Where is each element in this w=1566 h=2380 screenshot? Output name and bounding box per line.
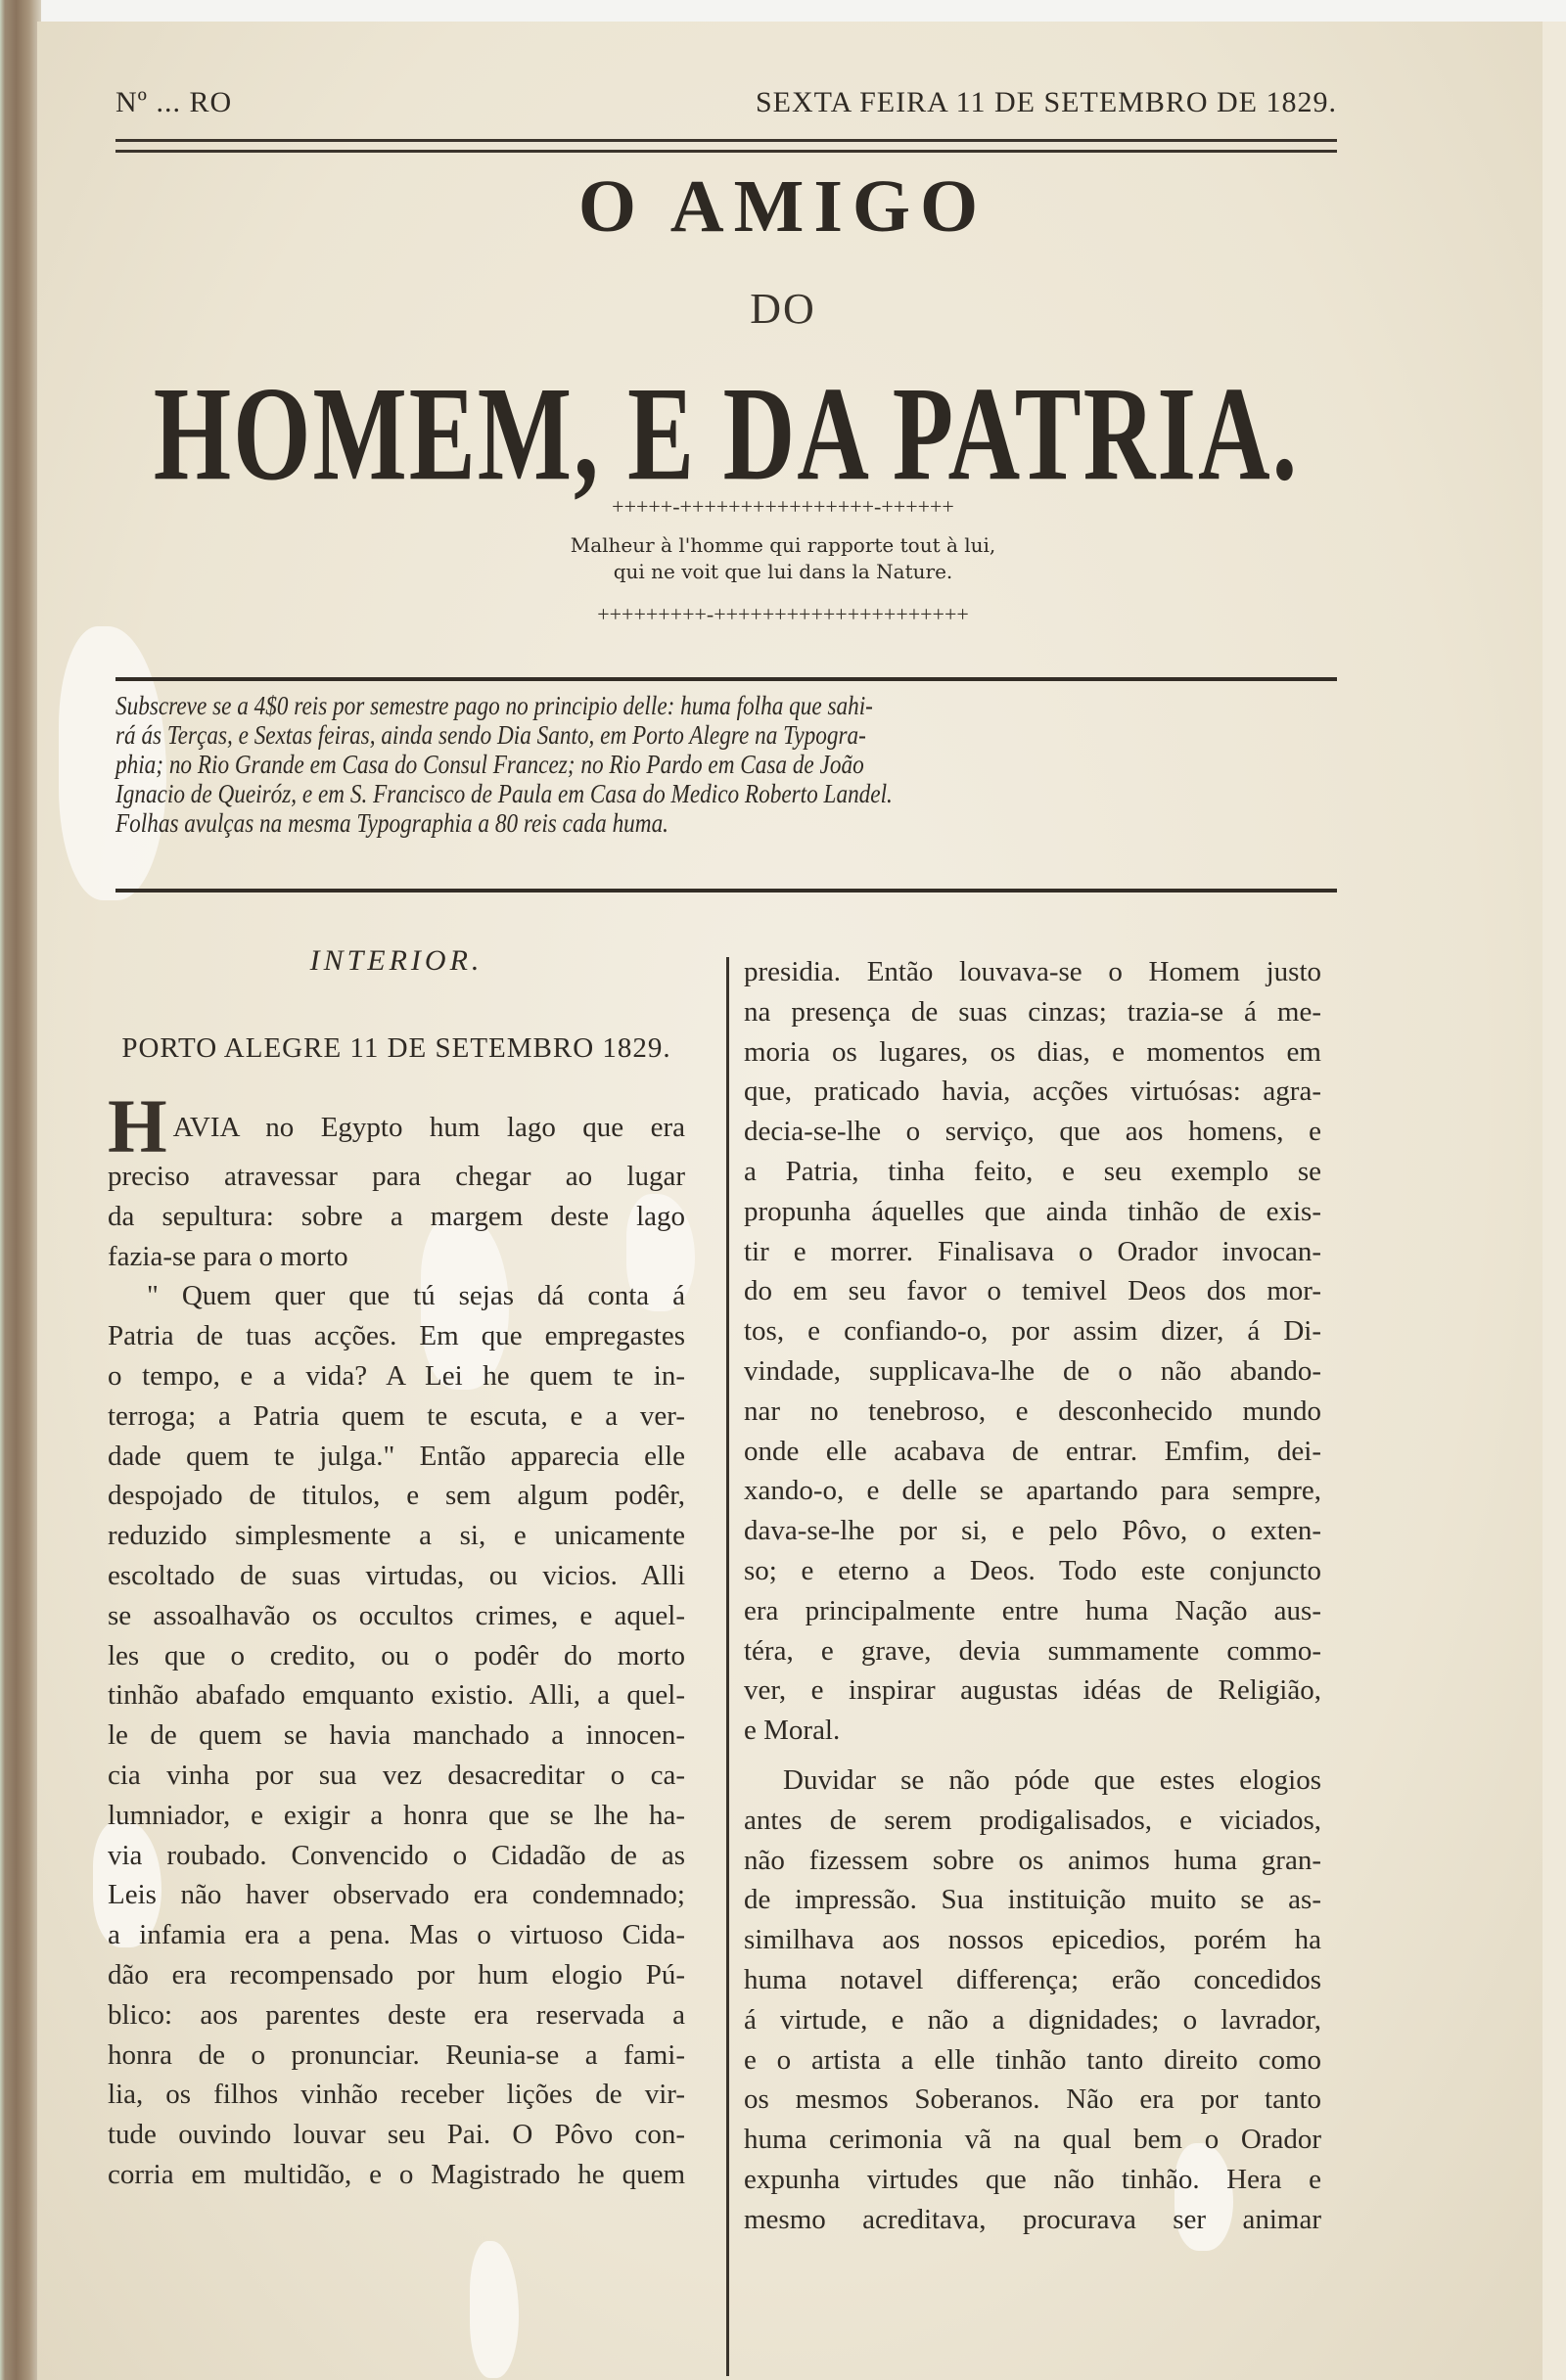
article-line: mesmo acreditava, procurava ser animar	[744, 2200, 1321, 2240]
motto-line-1: Malheur à l'homme qui rapporte tout à lu…	[0, 532, 1566, 559]
issue-header: Nº ... RO SEXTA FEIRA 11 DE SETEMBRO DE …	[115, 86, 1337, 125]
article-left-column: H AVIA no Egypto hum lago que era precis…	[108, 1094, 685, 2195]
subscription-rule-bottom	[115, 889, 1337, 892]
article-line: dade quem te julga." Então apparecia ell…	[108, 1437, 685, 1477]
article-line: e o artista a elle tinhão tanto direito …	[744, 2040, 1321, 2081]
article-line: era principalmente entre huma Nação aus-	[744, 1591, 1321, 1631]
subscription-line: Subscreve se a 4$0 reis por semestre pag…	[115, 691, 1336, 720]
article-line: cia vinha por sua vez desacreditar o ca-	[108, 1756, 685, 1796]
article-line: lia, os filhos vinhão receber lições de …	[108, 2075, 685, 2115]
article-line: preciso atravessar para chegar ao lugar	[108, 1157, 685, 1197]
article-line: le de quem se havia manchado a innocen-	[108, 1716, 685, 1756]
article-line: dava-se-lhe por si, e pelo Pôvo, o exten…	[744, 1511, 1321, 1551]
article-line: terroga; a Patria quem te escuta, e a ve…	[108, 1396, 685, 1437]
drop-cap: H	[108, 1096, 167, 1157]
article-line: escoltado de suas virtudas, ou vicios. A…	[108, 1556, 685, 1596]
article-line: xando-o, e delle se apartando para sempr…	[744, 1471, 1321, 1511]
title-line-3: HOMEM, E DA PATRIA.	[115, 357, 1337, 512]
subscription-line: rá ás Terças, e Sextas feiras, ainda sen…	[115, 720, 1336, 750]
dateline: PORTO ALEGRE 11 DE SETEMBRO 1829.	[108, 1032, 685, 1065]
article-line: so; e eterno a Deos. Todo este conjuncto	[744, 1551, 1321, 1591]
article-line: fazia-se para o morto	[108, 1237, 685, 1277]
article-line: honra de o pronunciar. Reunia-se a fami-	[108, 2036, 685, 2076]
article-line: corria em multidão, e o Magistrado he qu…	[108, 2155, 685, 2195]
article-line: os mesmos Soberanos. Não era por tanto	[744, 2080, 1321, 2120]
article-line: téra, e grave, devia summamente commo-	[744, 1631, 1321, 1671]
article-line: Duvidar se não póde que estes elogios	[744, 1761, 1321, 1801]
article-line: e Moral.	[744, 1711, 1321, 1751]
subscription-rule-top	[115, 677, 1337, 681]
article-line: não fizessem sobre os animos huma gran-	[744, 1841, 1321, 1881]
article-line: expunha virtudes que não tinhão. Hera e	[744, 2160, 1321, 2200]
article-line: de impressão. Sua instituição muito se a…	[744, 1880, 1321, 1920]
article-line: tir e morrer. Finalisava o Orador invoca…	[744, 1232, 1321, 1272]
article-line: da sepultura: sobre a margem deste lago	[108, 1197, 685, 1237]
article-line: nar no tenebroso, e desconhecido mundo	[744, 1392, 1321, 1432]
article-line: lumniador, e exigir a honra que se lhe h…	[108, 1796, 685, 1836]
subscription-line: phia; no Rio Grande em Casa do Consul Fr…	[115, 750, 1336, 779]
article-line: antes de serem prodigalisados, e viciado…	[744, 1801, 1321, 1841]
title-line-2: DO	[0, 284, 1566, 334]
article-line: tinhão abafado emquanto existio. Alli, a…	[108, 1675, 685, 1716]
subscription-line: Folhas avulças na mesma Typographia a 80…	[115, 808, 1336, 838]
issue-date: SEXTA FEIRA 11 DE SETEMBRO DE 1829.	[756, 86, 1337, 119]
header-double-rule	[115, 139, 1337, 153]
article-line: reduzido simplesmente a si, e unicamente	[108, 1516, 685, 1556]
article-line: na presença de suas cinzas; trazia-se á …	[744, 992, 1321, 1032]
article-line: o tempo, e a vida? A Lei he quem te in-	[108, 1356, 685, 1396]
article-line: ver, e inspirar augustas idéas de Religi…	[744, 1671, 1321, 1711]
issue-number: Nº ... RO	[115, 86, 232, 119]
article-line: propunha áquelles que ainda tinhão de ex…	[744, 1192, 1321, 1232]
article-line: a Patria, tinha feito, e seu exemplo se	[744, 1152, 1321, 1192]
article-line: huma cerimonia vã na qual bem o Orador	[744, 2120, 1321, 2160]
section-title: INTERIOR.	[108, 944, 685, 978]
motto: Malheur à l'homme qui rapporte tout à lu…	[0, 532, 1566, 585]
newspaper-content: Nº ... RO SEXTA FEIRA 11 DE SETEMBRO DE …	[0, 0, 1566, 2380]
article-line: que, praticado havia, acções virtuósas: …	[744, 1072, 1321, 1112]
column-divider	[726, 957, 729, 2376]
article-line: dão era recompensado por hum elogio Pú-	[108, 1955, 685, 1995]
article-line: presidia. Então louvava-se o Homem justo	[744, 952, 1321, 992]
article-line: via roubado. Convencido o Cidadão de as	[108, 1836, 685, 1876]
article-line: onde elle acabava de entrar. Emfim, dei-	[744, 1432, 1321, 1472]
title-line-1: O AMIGO	[0, 164, 1566, 250]
article-line: Patria de tuas acções. Em que empregaste…	[108, 1316, 685, 1356]
article-line: tude ouvindo louvar seu Pai. O Pôvo con-	[108, 2115, 685, 2155]
article-line: se assoalhavão os occultos crimes, e aqu…	[108, 1596, 685, 1636]
article-line: a infamia era a pena. Mas o virtuoso Cid…	[108, 1915, 685, 1955]
article-line: AVIA no Egypto hum lago que era	[108, 1108, 685, 1148]
ornament-rule-top: +++++-++++++++++++++++-++++++	[0, 494, 1566, 520]
subscription-line: Ignacio de Queiróz, e em S. Francisco de…	[115, 779, 1336, 808]
motto-line-2: qui ne voit que lui dans la Nature.	[0, 559, 1566, 585]
article-line: do em seu favor o temivel Deos dos mor-	[744, 1271, 1321, 1311]
article-line: similhava aos nossos epicedios, porém ha	[744, 1920, 1321, 1960]
article-line: les que o credito, ou o podêr do morto	[108, 1636, 685, 1676]
article-line: decia-se-lhe o serviço, que aos homens, …	[744, 1112, 1321, 1152]
article-line: blico: aos parentes deste era reservada …	[108, 1995, 685, 2036]
article-line: huma notavel differença; erão concedidos	[744, 1960, 1321, 2000]
article-line: vindade, supplicava-lhe de o não abando-	[744, 1351, 1321, 1392]
ornament-rule-bottom: +++++++++-+++++++++++++++++++++	[0, 602, 1566, 627]
article-right-column: presidia. Então louvava-se o Homem justo…	[744, 952, 1321, 2240]
article-line: Leis não haver observado era condemnado;	[108, 1875, 685, 1915]
subscription-notice: Subscreve se a 4$0 reis por semestre pag…	[115, 691, 1336, 838]
article-line: moria os lugares, os dias, e momentos em	[744, 1032, 1321, 1073]
article-line: " Quem quer que tú sejas dá conta á	[108, 1276, 685, 1316]
article-line: tos, e confiando-o, por assim dizer, á D…	[744, 1311, 1321, 1351]
article-line: despojado de titulos, e sem algum podêr,	[108, 1476, 685, 1516]
article-line: á virtude, e não a dignidades; o lavrado…	[744, 2000, 1321, 2040]
